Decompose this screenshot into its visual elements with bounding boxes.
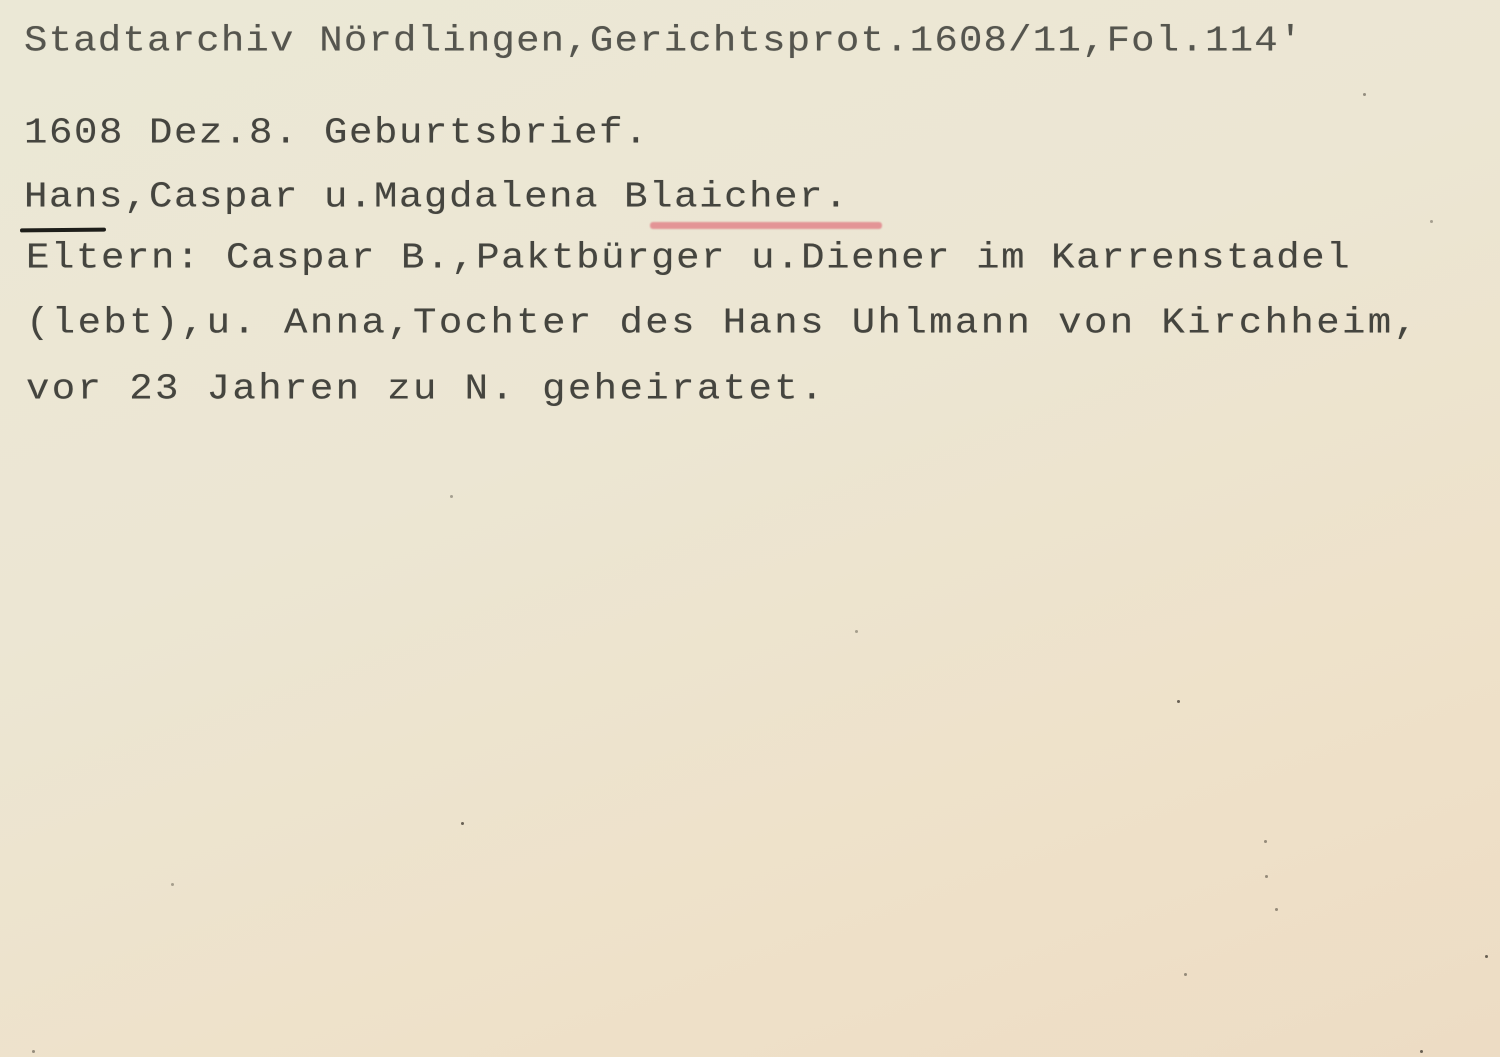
- paper-speck: [1184, 973, 1187, 976]
- mother-line: (lebt),u. Anna,Tochter des Hans Uhlmann …: [26, 306, 1419, 342]
- source-reference: Stadtarchiv Nördlingen,Gerichtsprot.1608…: [24, 24, 1303, 60]
- parents-line: Eltern: Caspar B.,Paktbürger u.Diener im…: [26, 241, 1351, 277]
- red-pencil-underline: [650, 222, 882, 229]
- paper-speck: [1430, 220, 1433, 223]
- date-and-document-type: 1608 Dez.8. Geburtsbrief.: [24, 116, 649, 152]
- paper-speck: [1363, 93, 1366, 96]
- names-line: Hans,Caspar u.Magdalena Blaicher.: [24, 180, 849, 216]
- paper-speck: [1264, 840, 1267, 843]
- paper-speck: [855, 630, 858, 633]
- names-period: .: [824, 177, 849, 217]
- paper-speck: [1177, 700, 1180, 703]
- paper-speck: [1485, 955, 1488, 958]
- paper-speck: [461, 822, 464, 825]
- paper-speck: [1275, 908, 1278, 911]
- paper-speck: [1265, 875, 1268, 878]
- sibling-names: ,Caspar u.Magdalena: [124, 177, 624, 217]
- paper-speck: [32, 1050, 35, 1053]
- paper-speck: [171, 883, 174, 886]
- paper-speck: [1420, 1050, 1423, 1053]
- first-child-name: Hans: [24, 177, 124, 217]
- black-pen-underline: [20, 228, 106, 233]
- marriage-line: vor 23 Jahren zu N. geheiratet.: [26, 372, 826, 408]
- paper-speck: [450, 495, 453, 498]
- family-surname: Blaicher: [624, 177, 824, 217]
- archive-index-card: Stadtarchiv Nördlingen,Gerichtsprot.1608…: [0, 0, 1500, 1057]
